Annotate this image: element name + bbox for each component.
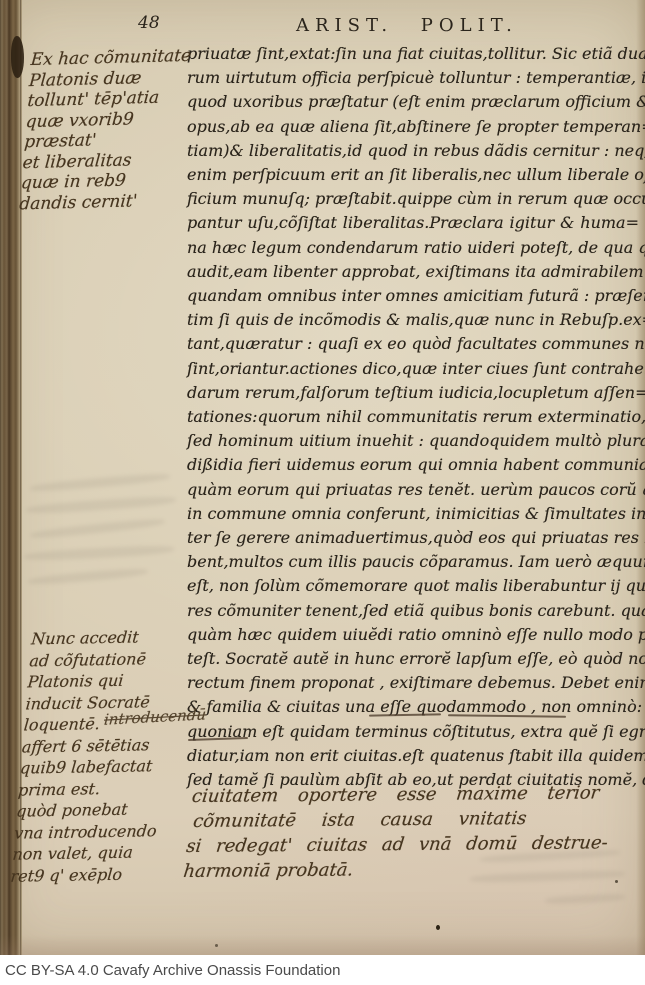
printed-line: rum uirtutum officia perſpicuè tolluntur… xyxy=(187,66,639,90)
printed-line: tationes:quorum nihil communitatis rerum… xyxy=(187,405,639,429)
printed-line: ter ſe gerere animaduertimus,quòd eos qu… xyxy=(187,526,639,550)
printed-line: in commune omnia conferunt, inimicitias … xyxy=(187,502,639,526)
license-caption-bar: CC BY-SA 4.0 Cavafy Archive Onassis Foun… xyxy=(0,955,645,985)
handwritten-line: prima est. xyxy=(17,776,194,801)
handwritten-line: ret9 q' exēplo xyxy=(10,862,187,887)
printed-line: tiam)& liberalitatis,id quod in rebus dã… xyxy=(187,139,639,163)
page-edge-shadow xyxy=(0,935,645,955)
printed-line: pantur uſu,cõſiſtat liberalitas.Præclara… xyxy=(187,211,639,235)
printed-line: ſed hominum uitium inuehit : quandoquide… xyxy=(187,429,639,453)
printed-line: res cõmuniter tenent,ſed etiã quibus bon… xyxy=(187,599,639,623)
printed-text-block: priuatæ ſint,extat:ſin una fiat ciuitas,… xyxy=(187,42,639,792)
printed-line: ficium munuſq; præſtabit.quippe cùm in r… xyxy=(187,187,639,211)
printed-line: bent,multos cum illis paucis cõparamus. … xyxy=(187,550,639,574)
handwritten-line: ad cõfutationē xyxy=(29,647,206,672)
printed-line: na hæc legum condendarum ratio uideri po… xyxy=(187,236,639,260)
printed-line: quandam omnibus inter omnes amicitiam fu… xyxy=(187,284,639,308)
printed-line: eſt, non ſolùm cõmemorare quot malis lib… xyxy=(187,574,639,598)
printed-line: dißidia fieri uidemus eorum qui omnia ha… xyxy=(187,453,639,477)
printed-line: darum rerum,falſorum teſtium iudicia,loc… xyxy=(187,381,639,405)
printed-line: audit,eam libenter approbat, exiſtimans … xyxy=(187,260,639,284)
printed-line: quoniam eſt quidam terminus cõſtitutus, … xyxy=(187,720,639,744)
handwritten-line: ciuitatem oportere esse maxime terior xyxy=(191,780,645,809)
printed-line: ſint,oriantur.actiones dico,quæ inter ci… xyxy=(187,357,639,381)
printed-line: diatur,iam non erit ciuitas.eſt quatenus… xyxy=(187,744,639,768)
book-page: 48 ARIST. POLIT. priuatæ ſint,extat:ſin … xyxy=(0,0,645,955)
printed-line: enim perſpicuum erit an ſit liberalis,ne… xyxy=(187,163,639,187)
handwritten-line: dandis cernit' xyxy=(19,189,189,214)
printed-line: priuatæ ſint,extat:ſin una fiat ciuitas,… xyxy=(187,42,639,66)
handwritten-line: quib9 labefactat xyxy=(19,754,196,779)
printed-line: quàm eorum qui priuatas res tenĕt. uerùm… xyxy=(187,478,639,502)
printed-line: quàm hæc quidem uiuĕdi ratio omninò eſſe… xyxy=(187,623,639,647)
bleed-through-mark xyxy=(30,472,170,493)
handwritten-line: vna introducendo xyxy=(13,819,190,844)
marginalia-interlinear: ciuitatem oportere esse maxime teriorcõm… xyxy=(182,780,645,884)
bleed-through-mark xyxy=(24,544,174,562)
paper-speck xyxy=(215,944,218,947)
paper-speck xyxy=(436,925,440,930)
ink-blot xyxy=(11,36,24,78)
license-caption-text: CC BY-SA 4.0 Cavafy Archive Onassis Foun… xyxy=(5,962,340,979)
handwritten-line: quòd ponebat xyxy=(15,798,192,823)
handwritten-line: Platonis qui xyxy=(27,668,204,693)
printed-line: tim ſi quis de incõmodis & malis,quæ nun… xyxy=(187,308,639,332)
handwritten-line: Nunc accedit xyxy=(30,625,207,650)
bleed-through-mark xyxy=(30,517,165,540)
printed-line: quod uxoribus præſtatur (eſt enim præcla… xyxy=(187,90,639,114)
handwritten-line: affert 6 sētētias xyxy=(21,733,198,758)
printed-line: rectum finem proponat , exiſtimare debem… xyxy=(187,671,639,695)
bleed-through-mark xyxy=(545,893,625,905)
printed-line: & familia & ciuitas una eſſe quodammodo … xyxy=(187,695,639,719)
printed-line: teſt. Socratĕ autĕ in hunc errorĕ lapſum… xyxy=(187,647,639,671)
scanned-book-photo: 48 ARIST. POLIT. priuatæ ſint,extat:ſin … xyxy=(0,0,645,985)
printed-line: tant,quæratur : quaſi ex eo quòd faculta… xyxy=(187,332,639,356)
paper-speck xyxy=(615,880,618,883)
marginalia-top-left: Ex hac cõmunitatePlatonis duætollunt' tē… xyxy=(19,46,200,215)
running-title: ARIST. POLIT. xyxy=(296,15,518,36)
bleed-through-mark xyxy=(26,495,176,515)
printed-line: opus,ab ea quæ aliena ſit,abſtinere ſe p… xyxy=(187,115,639,139)
marginalia-bottom-left: Nunc acceditad cõfutationēPlatonis quiin… xyxy=(10,625,208,886)
page-number: 48 xyxy=(138,13,160,33)
bleed-through-mark xyxy=(28,567,148,586)
handwritten-line: non valet, quia xyxy=(12,841,189,866)
